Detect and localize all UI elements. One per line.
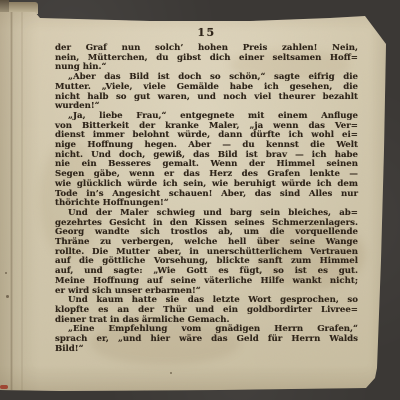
red-edge-mark [0, 385, 8, 389]
text-line: nicht halb so gut waren, und noch viel t… [55, 93, 358, 103]
binding-spine-edge [0, 0, 9, 14]
book-page: 15 der Graf nun solch’ hohen Preis zahle… [0, 0, 400, 400]
binding-crease [21, 10, 23, 392]
page-number: 15 [55, 26, 358, 39]
book-scan: 15 der Graf nun solch’ hohen Preis zahle… [0, 0, 400, 400]
page-text: der Graf nun solch’ hohen Preis zahlen! … [55, 44, 358, 355]
text-line: sprach er, „und hier wäre das Geld für H… [55, 335, 358, 345]
ink-speck [6, 295, 9, 298]
text-line: Bild!“ [55, 345, 358, 355]
ink-speck [170, 372, 172, 374]
ink-speck [5, 272, 7, 274]
binding-fold-line [10, 10, 13, 392]
